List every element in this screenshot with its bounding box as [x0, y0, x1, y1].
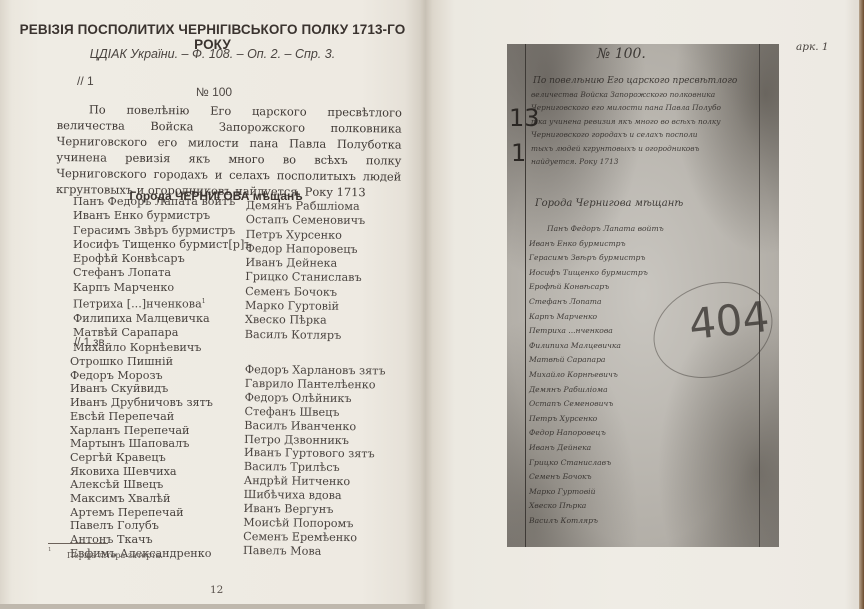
name-entry: Федор Напоровецъ: [246, 242, 366, 257]
manuscript-line: Иванъ Дейнека: [529, 443, 591, 452]
name-entry: Федоръ Харлановъ зятъ: [245, 363, 386, 378]
name-text: Остапъ Семеновичъ: [246, 213, 366, 227]
names-list-block2-col1: Отрошко ПишнійФедоръ МорозъИванъ Скуйвид…: [70, 355, 213, 561]
name-entry: Грицко Станиславъ: [245, 270, 365, 285]
name-entry: Андрѣй Нитченко: [244, 474, 385, 489]
manuscript-line: Черниговского его милости пана Павла Пол…: [531, 103, 721, 112]
name-text: Яковиха Шевчиха: [70, 465, 177, 478]
name-entry: Отрошко Пишній: [70, 355, 213, 369]
name-entry: Демянъ Рабшліома: [246, 199, 366, 214]
manuscript-line: Грицко Станиславъ: [529, 458, 611, 467]
name-entry: Федоръ Морозъ: [70, 369, 213, 383]
manuscript-line: Ерофѣй Конвѣсаръ: [529, 282, 609, 291]
name-entry: Гаврило Пантелѣенко: [245, 377, 386, 392]
manuscript-line: Филипиха Малцевичка: [529, 341, 621, 350]
footnote-rule: [48, 543, 108, 544]
document-number: № 100: [0, 85, 428, 99]
folio-mark-verso: // 1 зв.: [74, 337, 108, 349]
intro-paragraph: По повелѣнію Его царского пресвѣтлого ве…: [56, 101, 402, 201]
name-entry: Семенъ Бочокъ: [245, 285, 365, 300]
name-entry: Моисѣй Попоромъ: [243, 516, 384, 531]
name-text: Панъ Федоръ Лапата войтъ: [73, 195, 235, 208]
name-entry: Стефанъ Лопата: [73, 266, 251, 280]
name-text: Федор Напоровецъ: [246, 242, 358, 256]
name-entry: Марко Гуртовій: [245, 299, 365, 314]
name-entry: Иванъ Енко бурмистръ: [73, 209, 251, 223]
name-text: Максимъ Хвалѣй: [70, 492, 170, 505]
manuscript-line: найдуется. Року 1713: [531, 157, 618, 166]
name-text: Стефанъ Лопата: [73, 266, 171, 279]
name-entry: Иванъ Вергунъ: [243, 502, 384, 517]
name-text: Карпъ Марченко: [73, 281, 174, 294]
manuscript-line: Герасимъ Звѣръ бурмистръ: [529, 253, 645, 262]
manuscript-photo: № 100. 13 1 По повелѣнию Его царского пр…: [507, 44, 779, 547]
name-text: Иванъ Енко бурмистръ: [73, 209, 210, 222]
name-text: Отрошко Пишній: [70, 355, 173, 368]
manuscript-line: Семенъ Бочокъ: [529, 472, 592, 481]
book-spread: РЕВІЗІЯ ПОСПОЛИТИХ ЧЕРНІГІВСЬКОГО ПОЛКУ …: [0, 0, 864, 609]
manuscript-line: Карпъ Марченко: [529, 312, 597, 321]
name-entry: Евсѣй Перепечай: [70, 410, 213, 424]
name-text: Петръ Хурсенко: [246, 228, 342, 242]
name-text: Федоръ Морозъ: [70, 369, 163, 382]
name-entry: Стефанъ Швецъ: [244, 405, 385, 420]
name-text: Моисѣй Попоромъ: [243, 516, 353, 530]
name-text: Грицко Станиславъ: [245, 270, 361, 284]
name-text: Иванъ Гуртового зятъ: [244, 446, 375, 460]
name-entry: Герасимъ Звѣръ бурмистръ: [73, 224, 251, 238]
manuscript-line: Демянъ Рабшліома: [529, 385, 608, 394]
name-text: Стефанъ Швецъ: [244, 405, 339, 419]
manuscript-line: Василъ Котляръ: [529, 516, 598, 525]
manuscript-line: Остапъ Семеновичъ: [529, 399, 613, 408]
manuscript-line: величества Войска Запорожского полковник…: [531, 90, 715, 99]
manuscript-line: Иванъ Енко бурмистръ: [529, 239, 626, 248]
manuscript-line: Марко Гуртовій: [529, 487, 596, 496]
name-entry: Василъ Трилѣсъ: [244, 460, 385, 475]
name-text: Петро Дзвонникъ: [244, 433, 349, 447]
name-entry: Иванъ Друбничовъ зятъ: [70, 396, 213, 410]
manuscript-heading: Города Чернигова мѣщанѣ: [535, 198, 683, 209]
archive-source: ЦДІАК України. – Ф. 108. – Оп. 2. – Спр.…: [0, 47, 425, 61]
footnote-text: Перша літера затерта.: [67, 551, 163, 560]
name-entry: Василъ Котляръ: [245, 328, 365, 343]
names-list-block1-col2: Демянъ РабшліомаОстапъ СеменовичъПетръ Х…: [245, 199, 366, 343]
name-text: Иосифъ Тищенко бурмист[р]ъ: [73, 238, 251, 251]
name-entry: Петро Дзвонникъ: [244, 433, 385, 448]
name-entry: Иосифъ Тищенко бурмист[р]ъ: [73, 238, 251, 252]
name-entry: Павелъ Голубъ: [70, 519, 213, 533]
name-entry: Павелъ Мова: [243, 544, 384, 559]
pencil-number: 404: [687, 292, 772, 349]
name-text: Демянъ Рабшліома: [246, 199, 360, 213]
name-text: Иванъ Скуйвидъ: [70, 382, 168, 395]
name-text: Алексѣй Швецъ: [70, 478, 163, 491]
name-text: Герасимъ Звѣръ бурмистръ: [73, 224, 235, 237]
name-text: Харланъ Перепечай: [70, 424, 189, 437]
name-text: Антонъ Ткачъ: [70, 533, 153, 546]
name-text: Марко Гуртовій: [245, 299, 339, 313]
names-list-block2-col2: Федоръ Харлановъ зятъГаврило Пантелѣенко…: [243, 363, 386, 559]
manuscript-line: Панъ Федоръ Лапата войтъ: [547, 224, 664, 233]
name-entry: Карпъ Марченко: [73, 281, 251, 295]
name-text: Павелъ Мова: [243, 544, 321, 558]
name-text: Семенъ Бочокъ: [245, 285, 337, 299]
name-text: Филипиха Малцевичка: [73, 312, 210, 325]
name-entry: Алексѣй Швецъ: [70, 478, 213, 492]
manuscript-line: Федор Напоровецъ: [529, 428, 606, 437]
names-list-block1-col1: Панъ Федоръ Лапата войтъИванъ Енко бурми…: [73, 195, 251, 355]
manuscript-line: тыхъ людей кгрунтовыхъ и огородниковъ: [531, 144, 699, 153]
left-page: РЕВІЗІЯ ПОСПОЛИТИХ ЧЕРНІГІВСЬКОГО ПОЛКУ …: [0, 0, 425, 606]
sheet-label: арк. 1: [796, 41, 829, 53]
name-text: Иванъ Вергунъ: [243, 502, 333, 516]
name-entry: Ерофѣй Конвѣсаръ: [73, 252, 251, 266]
name-text: Василъ Котляръ: [245, 328, 342, 342]
name-entry: Остапъ Семеновичъ: [246, 213, 366, 228]
manuscript-line: Матвѣй Сарапара: [529, 355, 605, 364]
name-text: Сергѣй Кравецъ: [70, 451, 166, 464]
name-text: Василъ Трилѣсъ: [244, 460, 340, 474]
name-entry: Харланъ Перепечай: [70, 424, 213, 438]
book-cover-edge: [859, 0, 864, 609]
name-text: Евсѣй Перепечай: [70, 410, 174, 423]
name-entry: Федоръ Олѣйникъ: [245, 391, 386, 406]
name-entry: Сергѣй Кравецъ: [70, 451, 213, 465]
name-text: Андрѣй Нитченко: [244, 474, 350, 488]
name-entry: Панъ Федоръ Лапата войтъ: [73, 195, 251, 209]
name-entry: Иванъ Дейнека: [245, 256, 365, 271]
name-text: Василъ Иванченко: [244, 419, 356, 433]
name-text: Шибѣчиха вдова: [244, 488, 342, 502]
name-text: Федоръ Харлановъ зятъ: [245, 363, 386, 377]
manuscript-line: Иосифъ Тищенко бурмистръ: [529, 268, 648, 277]
name-text: Павелъ Голубъ: [70, 519, 159, 532]
name-text: Мартынъ Шаповалъ: [70, 437, 189, 450]
name-entry: Филипиха Малцевичка: [73, 312, 251, 326]
name-text: Хвеско Пѣрка: [245, 313, 327, 327]
name-text: Иванъ Дейнека: [245, 256, 337, 270]
name-entry: Иванъ Гуртового зятъ: [244, 446, 385, 461]
name-text: Петриха [...]нченкова: [73, 298, 202, 311]
manuscript-line: Михайло Корнѣевичъ: [529, 370, 618, 379]
manuscript-line: Петръ Хурсенко: [529, 414, 597, 423]
manuscript-line: тка учинена ревизия якъ много во всѣхъ п…: [531, 117, 721, 126]
manuscript-header: № 100.: [597, 46, 646, 62]
name-entry: Мартынъ Шаповалъ: [70, 437, 213, 451]
name-entry: Шибѣчиха вдова: [244, 488, 385, 503]
footnote-reference: 1: [202, 298, 206, 305]
name-entry: Антонъ Ткачъ: [70, 533, 213, 547]
footnote-number: 1: [48, 547, 52, 553]
name-entry: Семенъ Еремѣенко: [243, 530, 384, 545]
name-entry: Петръ Хурсенко: [246, 228, 366, 243]
name-text: Семенъ Еремѣенко: [243, 530, 357, 544]
name-text: Ерофѣй Конвѣсаръ: [73, 252, 185, 265]
manuscript-line: Черниговского городахъ и селахъ посполи: [531, 130, 698, 139]
name-text: Гаврило Пантелѣенко: [245, 377, 376, 391]
name-entry: Хвеско Пѣрка: [245, 313, 365, 328]
manuscript-line: Петриха ...нченкова: [529, 326, 613, 335]
name-entry: Максимъ Хвалѣй: [70, 492, 213, 506]
manuscript-line: По повелѣнию Его царского пресвѣтлого: [533, 76, 737, 86]
manuscript-line: Стефанъ Лопата: [529, 297, 602, 306]
name-entry: Василъ Иванченко: [244, 419, 385, 434]
name-entry: Иванъ Скуйвидъ: [70, 382, 213, 396]
name-text: Иванъ Друбничовъ зятъ: [70, 396, 213, 409]
name-entry: Петриха [...]нченкова1: [73, 295, 251, 312]
page-number: 12: [210, 584, 223, 596]
name-text: Артемъ Перепечай: [70, 506, 184, 519]
manuscript-margin-number: 1: [511, 139, 526, 167]
name-entry: Артемъ Перепечай: [70, 506, 213, 520]
name-entry: Яковиха Шевчиха: [70, 465, 213, 479]
page-bottom-edge: [0, 604, 425, 609]
manuscript-line: Хвеско Пѣрка: [529, 501, 586, 510]
name-text: Федоръ Олѣйникъ: [245, 391, 352, 405]
